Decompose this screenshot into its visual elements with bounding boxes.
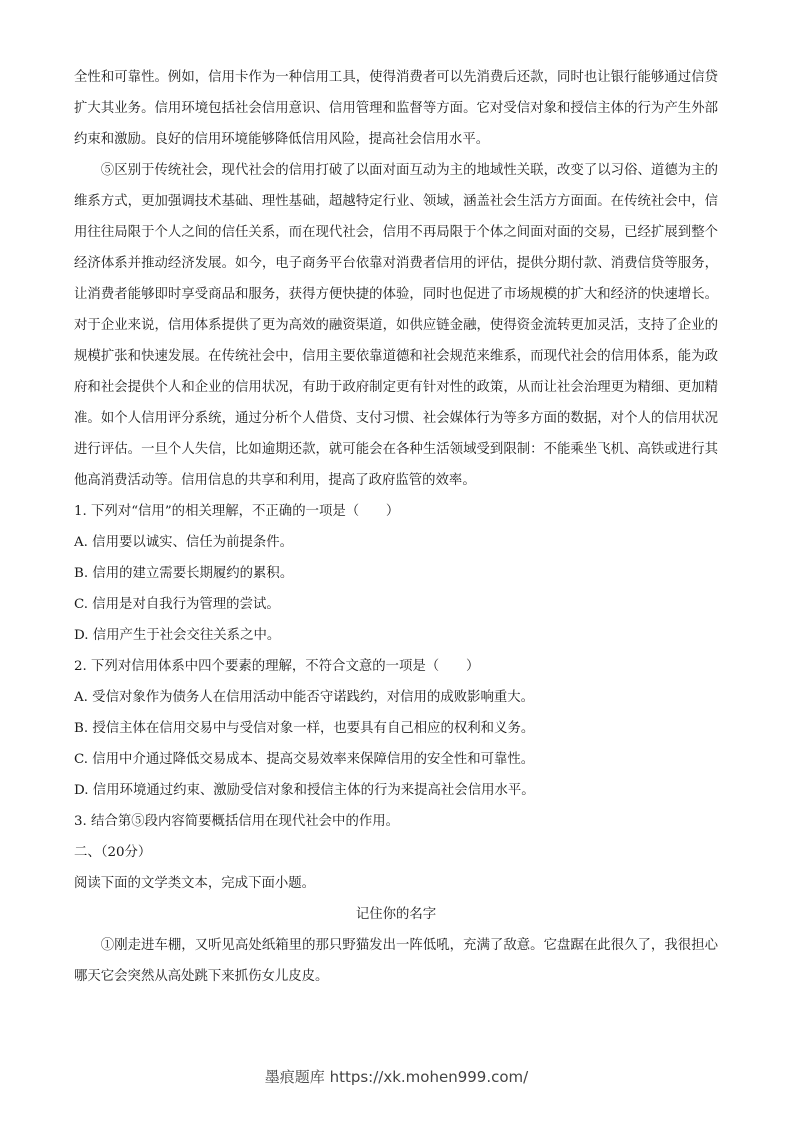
article-title: 记住你的名字 xyxy=(74,899,718,930)
question-stem: 2. 下列对信用体系中四个要素的理解，不符合文意的一项是（ ） xyxy=(74,651,718,682)
paragraph-continued: 全性和可靠性。例如，信用卡作为一种信用工具，使得消费者可以先消费后还款，同时也让… xyxy=(74,62,718,155)
option-d: D. 信用环境通过约束、激励受信对象和授信主体的行为来提高社会信用水平。 xyxy=(74,775,718,806)
option-b: B. 授信主体在信用交易中与受信对象一样，也要具有自己相应的权利和义务。 xyxy=(74,713,718,744)
section-heading: 二、（20分） xyxy=(74,837,718,868)
question-stem: 3. 结合第⑤段内容简要概括信用在现代社会中的作用。 xyxy=(74,806,718,837)
watermark-footer: 墨痕题库 https://xk.mohen999.com/ xyxy=(0,1066,793,1087)
question-2: 2. 下列对信用体系中四个要素的理解，不符合文意的一项是（ ） A. 受信对象作… xyxy=(74,651,718,806)
article-paragraph-1: ①刚走进车棚，又听见高处纸箱里的那只野猫发出一阵低吼，充满了敌意。它盘踞在此很久… xyxy=(74,930,718,992)
document-page: 全性和可靠性。例如，信用卡作为一种信用工具，使得消费者可以先消费后还款，同时也让… xyxy=(74,62,718,992)
paragraph-5: ⑤区别于传统社会，现代社会的信用打破了以面对面互动为主的地域性关联，改变了以习俗… xyxy=(74,155,718,496)
option-c: C. 信用是对自我行为管理的尝试。 xyxy=(74,589,718,620)
option-a: A. 受信对象作为债务人在信用活动中能否守诺践约，对信用的成败影响重大。 xyxy=(74,682,718,713)
question-1: 1. 下列对“信用”的相关理解，不正确的一项是（ ） A. 信用要以诚实、信任为… xyxy=(74,496,718,651)
question-3: 3. 结合第⑤段内容简要概括信用在现代社会中的作用。 xyxy=(74,806,718,837)
question-stem: 1. 下列对“信用”的相关理解，不正确的一项是（ ） xyxy=(74,496,718,527)
option-b: B. 信用的建立需要长期履约的累积。 xyxy=(74,558,718,589)
option-c: C. 信用中介通过降低交易成本、提高交易效率来保障信用的安全性和可靠性。 xyxy=(74,744,718,775)
option-a: A. 信用要以诚实、信任为前提条件。 xyxy=(74,527,718,558)
section-instruction: 阅读下面的文学类文本，完成下面小题。 xyxy=(74,868,718,899)
option-d: D. 信用产生于社会交往关系之中。 xyxy=(74,620,718,651)
